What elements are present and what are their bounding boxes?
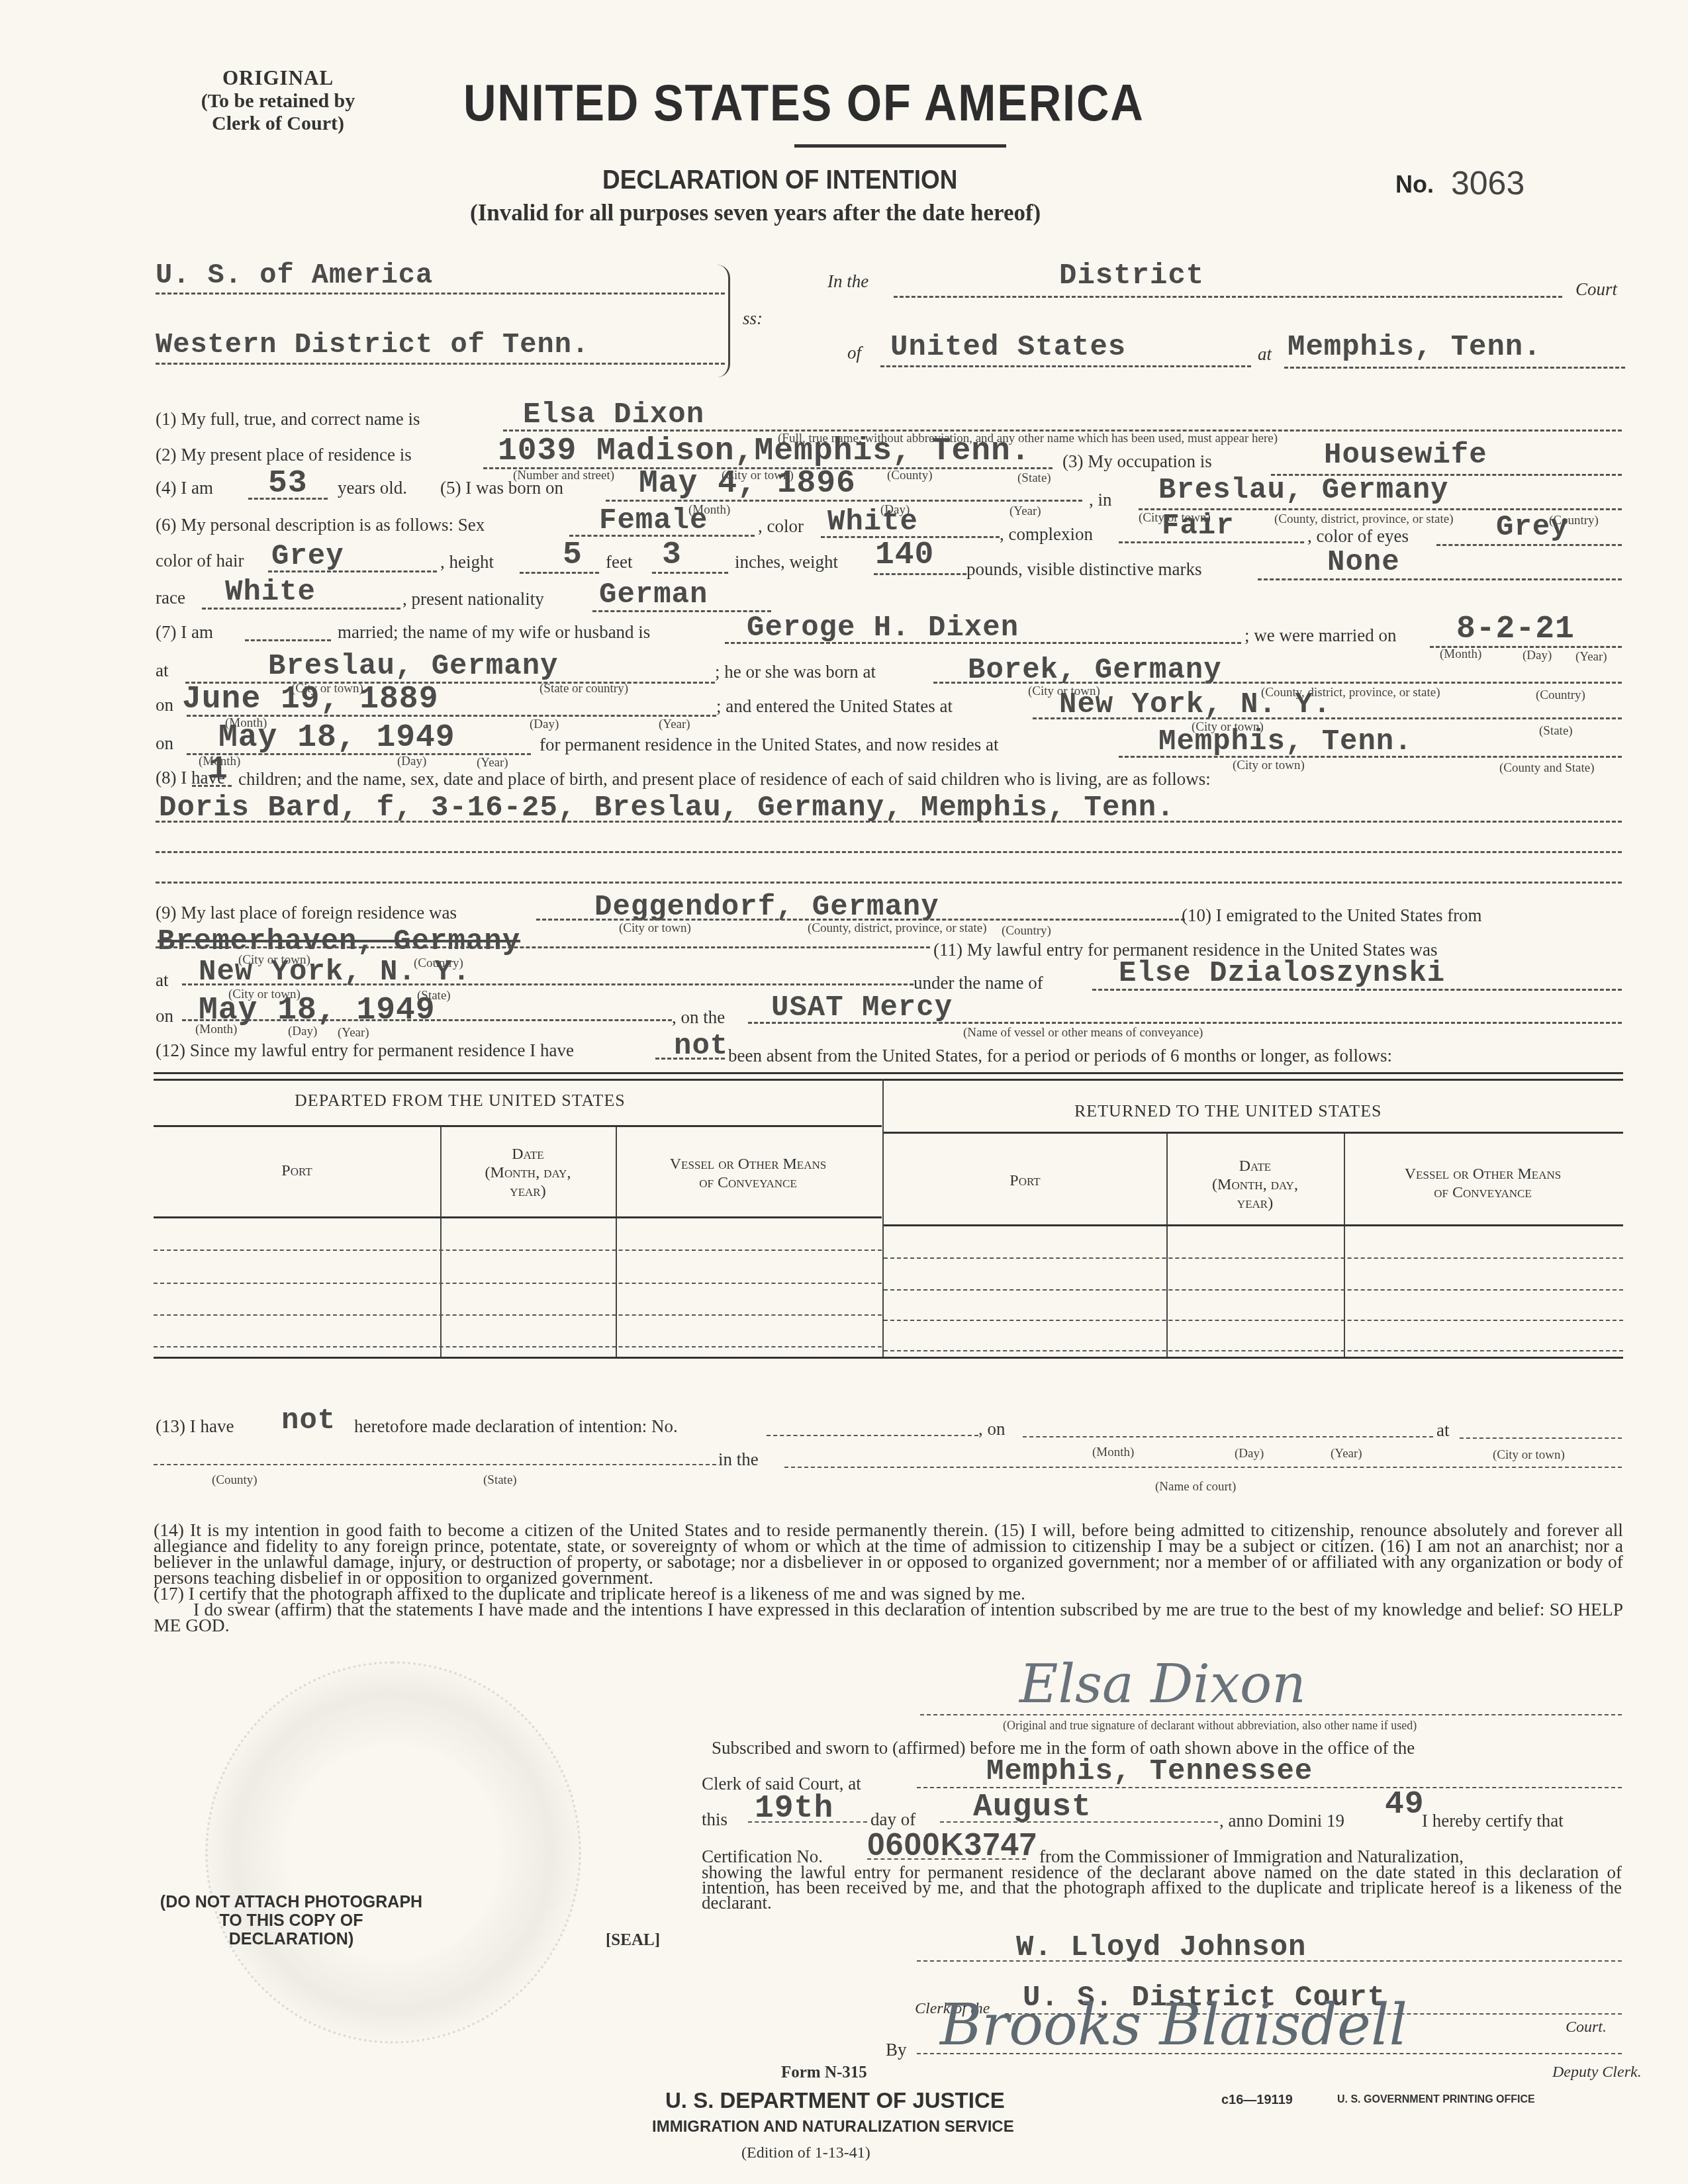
height-label: , height (440, 552, 494, 572)
complexion-label: , complexion (1000, 524, 1093, 545)
oath-swear: I do swear (affirm) that the statements … (154, 1602, 1623, 1633)
inches-label: inches, weight (735, 552, 838, 572)
cap-prior-day: (Day) (1235, 1447, 1264, 1461)
deputy-clerk-signature[interactable]: Brooks Blaisdell (940, 1992, 1407, 2058)
entry-name-line (1092, 989, 1622, 991)
spouse-birth-date-field[interactable]: June 19, 1889 (182, 682, 438, 717)
court-of[interactable]: United States (890, 331, 1126, 364)
service-name: IMMIGRATION AND NATURALIZATION SERVICE (652, 2118, 1014, 2136)
eyes-line (1436, 544, 1622, 546)
table-row[interactable] (154, 1283, 882, 1284)
col-returned-vessel: Vessel or Other Means of Conveyance (1344, 1165, 1622, 1202)
court-of-line (880, 365, 1251, 367)
returned-header: RETURNED TO THE UNITED STATES (1074, 1101, 1382, 1121)
departed-header: DEPARTED FROM THE UNITED STATES (295, 1091, 626, 1111)
hair-field[interactable]: Grey (271, 540, 344, 573)
court-label: Court (1575, 279, 1617, 300)
children-line-3 (156, 882, 1622, 884)
certify-label: I hereby certify that (1422, 1811, 1564, 1831)
cap-marriage-year: (Year) (1575, 650, 1607, 664)
col-departed-vessel: Vessel or Other Means of Conveyance (616, 1155, 880, 1192)
venue-country-line (156, 293, 725, 295)
spouse-residence-field[interactable]: Memphis, Tenn. (1158, 725, 1413, 758)
q4-label: (4) I am (156, 478, 213, 498)
in-label: , in (1089, 490, 1112, 510)
month-field[interactable]: August (973, 1790, 1092, 1825)
table-center-divider (882, 1079, 884, 1357)
oath-text: (14) It is my intention in good faith to… (154, 1522, 1623, 1633)
declarant-signature[interactable]: Elsa Dixon (1019, 1653, 1306, 1715)
original-copy-note: ORIGINAL (To be retained by Clerk of Cou… (179, 66, 377, 135)
cap-entry-date-month: (Month) (195, 1023, 237, 1037)
cap-marriage-day: (Day) (1523, 649, 1552, 663)
table-top-rule-1 (154, 1072, 1623, 1074)
cap-birth-county: (County, district, province, or state) (1274, 512, 1454, 527)
married-on-label: ; we were married on (1244, 625, 1396, 646)
retained-line-2: Clerk of Court) (179, 113, 377, 135)
clerk-name-line (917, 1960, 1622, 1962)
color-label: , color (758, 516, 804, 537)
declaration-number-label: No. (1395, 171, 1434, 199)
clerk-location-field[interactable]: Memphis, Tennessee (986, 1755, 1313, 1788)
venue-district[interactable]: Western District of Tenn. (156, 329, 589, 361)
by-label: By (886, 2040, 907, 2060)
q7-label: (7) I am (156, 622, 213, 643)
complexion-field[interactable]: Fair (1162, 510, 1235, 543)
on-the-label: , on the (672, 1007, 725, 1028)
weight-line (874, 573, 966, 575)
children-details-field[interactable]: Doris Bard, f, 3-16-25, Breslau, Germany… (159, 792, 1175, 825)
height-inches-line (652, 572, 728, 574)
children-line-1 (156, 821, 1622, 823)
spouse-entry-on-label: on (156, 733, 173, 754)
cap-prior-month: (Month) (1092, 1445, 1134, 1460)
table-row[interactable] (884, 1289, 1623, 1291)
cap-residence-city: (City or town) (1233, 758, 1305, 773)
marks-line (1258, 578, 1622, 580)
emigrated-from-field[interactable]: Bremerhaven, Germany (158, 925, 520, 958)
cap-prior-county: (County) (212, 1473, 258, 1488)
children-count-line (192, 785, 232, 787)
edition-note: (Edition of 1-13-41) (741, 2144, 870, 2162)
returned-body-rule (884, 1224, 1623, 1226)
clerk-name-field[interactable]: W. Lloyd Johnson (1016, 1931, 1306, 1964)
prior-county-state-line[interactable] (154, 1464, 716, 1465)
height-inches-field[interactable]: 3 (662, 537, 682, 573)
vessel-line (748, 1022, 1622, 1024)
cap-marriage-month: (Month) (1440, 647, 1481, 662)
ss-label: ss: (743, 308, 763, 329)
cap-residence-county-state: (County and State) (1499, 761, 1595, 776)
title-divider (794, 144, 1006, 148)
cap-prior-court: (Name of court) (1155, 1480, 1236, 1494)
cap-entry-day: (Day) (397, 754, 426, 769)
this-label: this (702, 1809, 727, 1830)
children-line-2 (156, 851, 1622, 853)
eyes-label: , color of eyes (1307, 526, 1409, 547)
col-returned-date: Date (Month, day, year) (1166, 1157, 1344, 1212)
nationality-line (592, 610, 771, 612)
full-name-field[interactable]: Elsa Dixon (523, 398, 704, 432)
departed-header-rule (154, 1125, 882, 1127)
years-old-label: years old. (338, 478, 407, 498)
spouse-entry-date-field[interactable]: May 18, 1949 (218, 720, 455, 756)
table-top-rule-2 (154, 1079, 1623, 1081)
day-line (748, 1821, 867, 1823)
entered-label: ; and entered the United States at (716, 696, 953, 717)
spouse-residence-line (1119, 756, 1622, 758)
prior-date-line[interactable] (1023, 1436, 1433, 1437)
cap-spouse-day: (Day) (530, 717, 559, 732)
table-row[interactable] (154, 1250, 882, 1251)
q13-label: (13) I have (156, 1416, 234, 1437)
cap-prior-city: (City or town) (1493, 1448, 1565, 1463)
cap-state: (State) (1017, 471, 1051, 486)
q1-label: (1) My full, true, and correct name is (156, 409, 420, 430)
race-label: race (156, 588, 185, 608)
entry-at-label: at (156, 970, 169, 991)
retained-line-1: (To be retained by (179, 90, 377, 113)
prior-at-label: at (1436, 1420, 1450, 1441)
photo-note: (DO NOT ATTACH PHOTOGRAPH TO THIS COPY O… (159, 1893, 424, 1948)
prior-in-the-label: in the (718, 1449, 759, 1470)
departed-body-rule (154, 1216, 882, 1218)
age-line (248, 498, 328, 500)
entry-name-field[interactable]: Else Dzialoszynski (1119, 957, 1445, 990)
anno-domini-label: , anno Domini 19 (1219, 1811, 1344, 1831)
height-feet-line (520, 572, 599, 574)
q13-rest: heretofore made declaration of intention… (354, 1416, 678, 1437)
entry-date-line (182, 1019, 672, 1021)
prior-court-line[interactable] (784, 1467, 1622, 1468)
spouse-entry-place-line (1033, 717, 1622, 719)
cap-prior-year: (Year) (1331, 1447, 1362, 1461)
children-label: children; and the name, sex, date and pl… (238, 769, 1211, 790)
nationality-field[interactable]: German (599, 578, 708, 612)
perm-res-label: for permanent residence in the United St… (539, 735, 999, 755)
seal-label: [SEAL] (606, 1931, 660, 1950)
original-label: ORIGINAL (179, 66, 377, 90)
court-location-line (1284, 367, 1625, 369)
cap-foreign-county: (County, district, province, or state) (808, 921, 987, 936)
sex-line (569, 535, 755, 537)
cap-foreign-city: (City or town) (619, 921, 691, 936)
validity-note: (Invalid for all purposes seven years af… (470, 200, 1041, 226)
spouse-born-label: ; he or she was born at (715, 662, 876, 682)
cap-entry-date-year: (Year) (338, 1026, 369, 1040)
venue-district-line (156, 363, 725, 365)
residence-field[interactable]: 1039 Madison,Memphis, Tenn. (498, 433, 1031, 469)
feet-label: feet (606, 552, 632, 572)
col-departed-port: Port (154, 1161, 440, 1180)
absent-line (655, 1058, 725, 1060)
in-the-label: In the (827, 271, 868, 292)
birth-place-field[interactable]: Breslau, Germany (1158, 474, 1448, 507)
spouse-birthplace-line (933, 682, 1622, 684)
prior-declaration-field[interactable]: not (281, 1404, 336, 1437)
q3-label: (3) My occupation is (1062, 451, 1212, 472)
clerk-location-line (917, 1787, 1622, 1788)
q5-label: (5) I was born on (440, 478, 563, 498)
age-field[interactable]: 53 (268, 466, 308, 502)
marriage-date-field[interactable]: 8-2-21 (1456, 612, 1575, 647)
declarant-caption: (Original and true signature of declaran… (1003, 1719, 1417, 1733)
married-label: married; the name of my wife or husband … (338, 622, 650, 643)
oath-paragraph-14-16: (14) It is my intention in good faith to… (154, 1522, 1623, 1586)
cert-number-field[interactable]: 0600K3747 (867, 1827, 1037, 1863)
spouse-name-line (725, 642, 1241, 644)
color-field[interactable]: White (827, 506, 918, 539)
month-line (940, 1821, 1218, 1823)
prior-city-line[interactable] (1460, 1437, 1622, 1439)
embossed-court-seal (205, 1661, 581, 2044)
cap-foreign-country: (Country) (1002, 924, 1051, 938)
table-row[interactable] (884, 1320, 1623, 1321)
court-type[interactable]: District (1059, 259, 1204, 293)
q12-rest: been absent from the United States, for … (728, 1046, 1392, 1066)
at-label: at (1258, 344, 1272, 365)
q2-label: (2) My present place of residence is (156, 445, 412, 465)
department-name: U. S. DEPARTMENT OF JUSTICE (665, 2088, 1005, 2113)
cap-spouse-year: (Year) (659, 717, 690, 732)
q9-label: (9) My last place of foreign residence w… (156, 903, 457, 923)
emigrated-from-line (156, 946, 930, 948)
form-number: Form N-315 (781, 2064, 867, 2082)
table-row[interactable] (884, 1257, 1623, 1259)
marks-field[interactable]: None (1327, 546, 1400, 579)
court-suffix-label: Court. (1566, 2019, 1607, 2036)
nationality-label: , present nationality (402, 589, 544, 610)
table-row[interactable] (884, 1350, 1623, 1351)
occupation-field[interactable]: Housewife (1324, 439, 1487, 472)
marriage-place-field[interactable]: Breslau, Germany (268, 650, 558, 683)
marks-label: pounds, visible distinctive marks (966, 559, 1201, 580)
children-count-field[interactable]: 1 (209, 752, 228, 788)
sex-field[interactable]: Female (599, 504, 708, 537)
cap-vessel: (Name of vessel or other means of convey… (963, 1026, 1203, 1040)
cert-number-line (867, 1858, 1026, 1860)
marriage-at-label: at (156, 660, 169, 681)
deputy-clerk-label: Deputy Clerk. (1552, 2064, 1642, 2081)
height-feet-field[interactable]: 5 (563, 537, 583, 573)
court-location[interactable]: Memphis, Tenn. (1288, 331, 1542, 364)
cap-spouse-birth-country: (Country) (1536, 688, 1585, 703)
race-line (202, 608, 400, 610)
page-title: UNITED STATES OF AMERICA (463, 73, 1145, 133)
spouse-on-label: on (156, 695, 173, 715)
table-row[interactable] (154, 1346, 882, 1347)
under-name-label: under the name of (914, 973, 1043, 993)
cap-county: (County) (887, 469, 933, 483)
eyes-field[interactable]: Grey (1496, 511, 1569, 544)
q10-label: (10) I emigrated to the United States fr… (1182, 905, 1482, 926)
spouse-name-field[interactable]: Geroge H. Dixen (747, 612, 1019, 645)
prior-number-line[interactable] (767, 1435, 978, 1436)
q12-label: (12) Since my lawful entry for permanent… (156, 1040, 574, 1061)
court-type-line (894, 296, 1562, 298)
vessel-field[interactable]: USAT Mercy (771, 991, 953, 1024)
deputy-signature-line (917, 2053, 1622, 2054)
cert-text-2: showing the lawful entry for permanent r… (702, 1865, 1622, 1911)
cap-entry-state: (State) (1539, 724, 1573, 739)
table-bottom-rule (154, 1357, 1623, 1359)
cap-marriage-state: (State or country) (539, 682, 628, 696)
col-departed-date: Date (Month, day, year) (440, 1145, 616, 1201)
cap-entry-year: (Year) (477, 756, 508, 770)
cap-year: (Year) (1009, 504, 1041, 519)
table-row[interactable] (154, 1314, 882, 1316)
printer-name: U. S. GOVERNMENT PRINTING OFFICE (1337, 2094, 1535, 2106)
cap-prior-state: (State) (483, 1473, 517, 1488)
hair-line (268, 570, 437, 572)
race-field[interactable]: White (225, 576, 316, 609)
birth-date-line (606, 500, 1082, 502)
married-status-line[interactable] (245, 639, 331, 641)
year-field[interactable]: 49 (1385, 1787, 1425, 1823)
cap-entry-date-day: (Day) (288, 1024, 317, 1039)
entry-on-label: on (156, 1006, 173, 1026)
entry-place-line (182, 983, 914, 985)
hair-label: color of hair (156, 551, 244, 571)
q6-label: (6) My personal description is as follow… (156, 515, 485, 535)
col-returned-port: Port (884, 1171, 1166, 1190)
venue-country[interactable]: U. S. of America (156, 259, 433, 291)
returned-header-rule (884, 1132, 1623, 1134)
last-foreign-residence-line (536, 919, 1185, 921)
declarant-signature-line (920, 1714, 1622, 1715)
declaration-number: 3063 (1451, 164, 1524, 203)
complexion-line (1119, 541, 1304, 543)
prior-on-label: , on (978, 1419, 1006, 1439)
weight-field[interactable]: 140 (875, 537, 934, 573)
of-label: of (847, 343, 861, 363)
ss-brace (708, 265, 730, 377)
spouse-entry-place-field[interactable]: New York, N. Y. (1059, 688, 1331, 721)
print-code: c16—19119 (1221, 2093, 1293, 2108)
form-title: DECLARATION OF INTENTION (602, 164, 957, 195)
birth-date-field[interactable]: May 4, 1896 (639, 466, 856, 502)
